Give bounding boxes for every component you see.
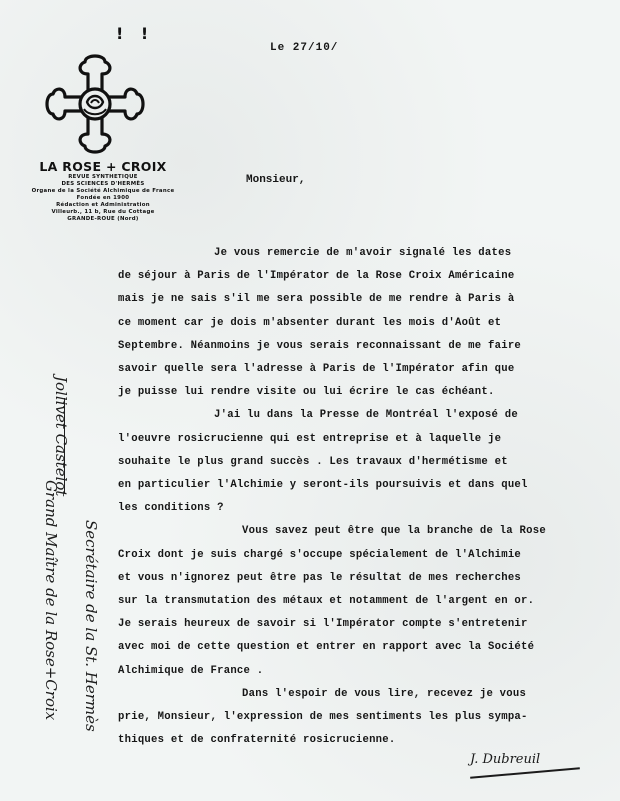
letter-body: Je vous remercie de m'avoir signalé les … bbox=[118, 242, 613, 752]
letter-date: Le 27/10/ bbox=[270, 42, 338, 54]
body-line: Alchimique de France . bbox=[118, 660, 613, 683]
margin-note-handwritten: Grand Maître de la Rose+Croix bbox=[42, 480, 60, 720]
signature: J. Dubreuil bbox=[470, 752, 540, 767]
body-line: souhaite le plus grand succès . Les trav… bbox=[118, 451, 613, 474]
margin-note-handwritten: Jollivet Castelot bbox=[52, 376, 70, 496]
body-line: l'oeuvre rosicrucienne qui est entrepris… bbox=[118, 428, 613, 451]
letterhead-line: GRANDE-ROUE (Nord) bbox=[28, 216, 178, 223]
header-marks: ! ! bbox=[116, 30, 154, 38]
body-line: Vous savez peut être que la branche de l… bbox=[118, 520, 613, 543]
scanned-letter-page: ! ! LA ROSE + CROIX REVUE SYNTHETIQUE DE… bbox=[0, 0, 620, 801]
body-line: Septembre. Néanmoins je vous serais reco… bbox=[118, 335, 613, 358]
body-line: sur la transmutation des métaux et notam… bbox=[118, 590, 613, 613]
body-line: avec moi de cette question et entrer en … bbox=[118, 636, 613, 659]
body-line: thiques et de confraternité rosicrucienn… bbox=[118, 729, 613, 752]
body-line: savoir quelle sera l'adresse à Paris de … bbox=[118, 358, 613, 381]
body-line: en particulier l'Alchimie y seront-ils p… bbox=[118, 474, 613, 497]
body-line: les conditions ? bbox=[118, 497, 613, 520]
letterhead-line: Fondée en 1900 bbox=[28, 195, 178, 202]
body-line: de séjour à Paris de l'Impérator de la R… bbox=[118, 265, 613, 288]
body-line: et vous n'ignorez peut être pas le résul… bbox=[118, 567, 613, 590]
body-line: ce moment car je dois m'absenter durant … bbox=[118, 312, 613, 335]
letterhead-line: Rédaction et Administration bbox=[28, 202, 178, 209]
body-line: Dans l'espoir de vous lire, recevez je v… bbox=[118, 683, 613, 706]
signature-underline bbox=[470, 767, 580, 779]
letterhead-line: Villeurb., 11 b, Rue du Cottage bbox=[28, 209, 178, 216]
body-line: Croix dont je suis chargé s'occupe spéci… bbox=[118, 544, 613, 567]
letterhead-line: REVUE SYNTHETIQUE bbox=[28, 174, 178, 181]
body-line: Je vous remercie de m'avoir signalé les … bbox=[118, 242, 613, 265]
body-line: je puisse lui rendre visite ou lui écrir… bbox=[118, 381, 613, 404]
body-line: J'ai lu dans la Presse de Montréal l'exp… bbox=[118, 404, 613, 427]
letterhead-line: Organe de la Société Alchimique de Franc… bbox=[28, 188, 178, 195]
rose-cross-icon bbox=[40, 52, 150, 157]
body-line: mais je ne sais s'il me sera possible de… bbox=[118, 288, 613, 311]
body-line: prie, Monsieur, l'expression de mes sent… bbox=[118, 706, 613, 729]
letterhead-line: DES SCIENCES D'HERMÈS bbox=[28, 181, 178, 188]
margin-note-handwritten: Secrétaire de la St. Hermès bbox=[82, 520, 100, 732]
salutation: Monsieur, bbox=[246, 174, 305, 186]
body-line: Je serais heureux de savoir si l'Impérat… bbox=[118, 613, 613, 636]
letterhead: LA ROSE + CROIX REVUE SYNTHETIQUE DES SC… bbox=[28, 159, 178, 223]
letterhead-title: LA ROSE + CROIX bbox=[28, 159, 178, 174]
